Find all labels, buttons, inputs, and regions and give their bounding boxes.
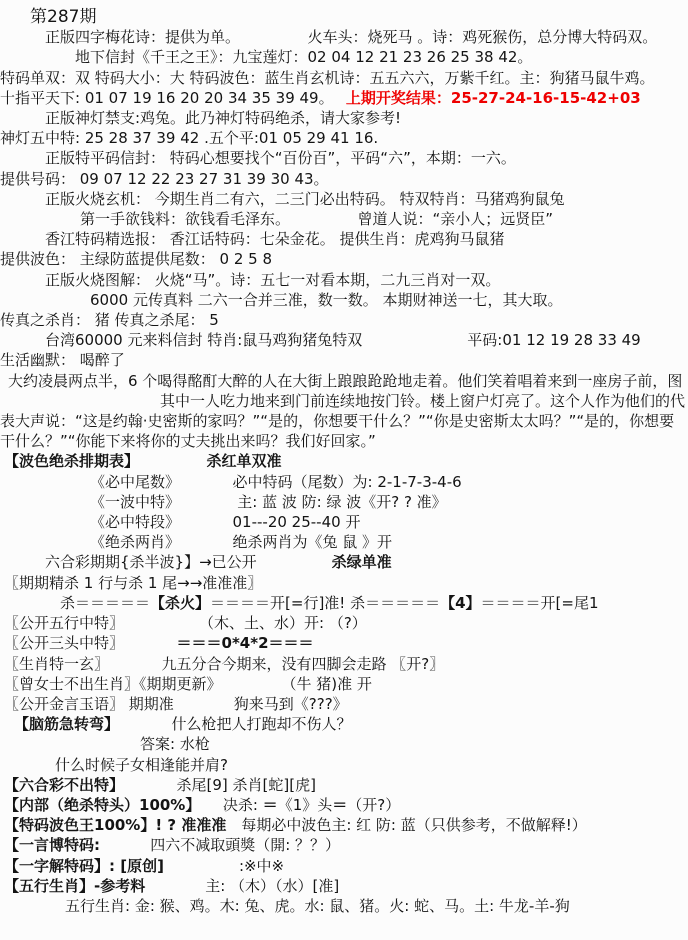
text-segment: 【脑筋急转弯】 [14, 715, 112, 733]
text-line: 十指平天下: 01 07 19 16 20 20 34 35 39 49。 上期… [0, 88, 688, 108]
text-segment: 生活幽默： 喝醉了 [0, 351, 125, 369]
text-line: 6000 元传真料 二六一合并三准，数一数。 本期财神送一七，其大取。 [0, 290, 688, 310]
text-segment: （开?） [347, 796, 400, 814]
text-segment: 【五行生肖】-参考料 [4, 877, 145, 895]
text-line: 【脑筋急转弯】 什么枪把人打跑却不伤人？ [0, 714, 688, 734]
text-segment: 〖公开五行中特〗 （木、土、水）开: （?） [4, 614, 367, 632]
text-line: 提供波色： 主绿防蓝提供尾数： 0 2 5 8 [0, 249, 688, 269]
text-line: 《必中特段》 01---20 25--40 开 [0, 512, 688, 532]
text-segment: 神灯五中特: 25 28 37 39 42 .五个平:01 05 29 41 1… [0, 129, 378, 147]
text-segment: 其中一人吃力地来到门前连续地按门铃。楼上窗户灯亮了。这个人作为他们的代 [160, 392, 685, 410]
text-line: 《必中尾数》 必中特码（尾数）为: 2-1-7-3-4-6 [0, 472, 688, 492]
text-line: 第一手欲钱料：欲钱看毛泽东。 曾道人说：“亲小人；远贤臣” [0, 209, 688, 229]
text-line: 地下信封《千王之王》：九宝莲灯：02 04 12 21 23 26 25 38 … [0, 47, 688, 67]
text-segment: 第一手欲钱料：欲钱看毛泽东。 曾道人说：“亲小人；远贤臣” [80, 210, 553, 228]
text-segment: 正版特平码信封： 特码心想要找个“百份百”，平码“六”，本期：一六。 [45, 149, 516, 167]
text-segment: 什么时候子女相逢能并肩? [55, 756, 228, 774]
text-segment [132, 452, 207, 470]
text-line: 正版四字梅花诗：提供为单。 火车头：烧死马 。诗：鸡死猴伤，总分博大特码双。 [0, 27, 688, 47]
text-line: 大约凌晨两点半，6 个喝得酩酊大醉的人在大街上踉踉跄跄地走着。他们笑着唱着来到一… [0, 371, 688, 391]
text-segment: 《必中特段》 01---20 25--40 开 [90, 513, 360, 531]
text-segment: 台湾60000 元来料信封 特肖:鼠马鸡狗猪兔特双 平码:01 12 19 28… [45, 331, 641, 349]
text-line: 《一波中特》 主: 蓝 波 防: 绿 波《开? ? 准》 [0, 492, 688, 512]
text-segment: 〖公开金言玉语〗 期期准 狗来马到《???》 [4, 695, 348, 713]
text-segment: 主: （木）（水）[准] [145, 877, 339, 895]
text-segment: 什么枪把人打跑却不伤人？ [112, 715, 352, 733]
text-segment: 〖曾女士不出生肖〗《期期更新》 （牛 猪)准 开 [4, 675, 372, 693]
text-segment: 《1》头 [278, 796, 333, 814]
text-segment: 正版神灯禁支:鸡兔。此乃神灯特码绝杀，请大家参考! [45, 109, 401, 127]
text-segment: 〖公开三头中特〗 [4, 634, 177, 652]
text-segment: 答案: 水枪 [140, 735, 210, 753]
text-segment: ＝＝＝0*4*2＝＝＝ [177, 634, 314, 652]
text-line: 台湾60000 元来料信封 特肖:鼠马鸡狗猪兔特双 平码:01 12 19 28… [0, 330, 688, 350]
text-line: 〖曾女士不出生肖〗《期期更新》 （牛 猪)准 开 [0, 674, 688, 694]
text-segment: ＝＝＝＝开[=行]准! 杀＝＝＝＝＝ [210, 594, 440, 612]
text-segment: 六合彩期期{杀半波}】→已公开 [45, 553, 332, 571]
text-line: 〖公开三头中特〗 ＝＝＝0*4*2＝＝＝ [0, 633, 688, 653]
text-line: 什么时候子女相逢能并肩? [0, 755, 688, 775]
text-line: 《绝杀两肖》 绝杀两肖为《兔 鼠 》开 [0, 532, 688, 552]
text-segment: 【特码波色王100%】! ? 准准准 [4, 816, 226, 834]
text-segment: 《绝杀两肖》 绝杀两肖为《兔 鼠 》开 [90, 533, 392, 551]
text-line: 特码单双：双 特码大小：大 特码波色：蓝生肖玄机诗：五五六六，万紫千红。主：狗猪… [0, 68, 688, 88]
text-line: 【一字解特码】: [原创] :※中※ [0, 856, 688, 876]
text-segment: 6000 元传真料 二六一合并三准，数一数。 本期财神送一七，其大取。 [90, 291, 562, 309]
text-line: 【六合彩不出特】 杀尾[9] 杀肖[蛇][虎] [0, 775, 688, 795]
text-segment: ＝＝＝＝开[=尾1 [481, 594, 599, 612]
text-segment: 【内部（绝杀特头）100%】 [4, 796, 193, 814]
text-line: 生活幽默： 喝醉了 [0, 350, 688, 370]
text-segment: 【4】 [440, 594, 480, 612]
text-line: 【一言博特码: 四六不减取頭獎（開: ？？） [0, 835, 688, 855]
sheet-lines: 第287期正版四字梅花诗：提供为单。 火车头：烧死马 。诗：鸡死猴伤，总分博大特… [0, 7, 688, 916]
text-segment: 提供号码： 09 07 12 22 23 27 31 39 30 43。 [0, 170, 329, 188]
text-segment: 【一字解特码】: [原创] [4, 857, 164, 875]
text-segment: 大约凌晨两点半，6 个喝得酩酊大醉的人在大街上踉踉跄跄地走着。他们笑着唱着来到一… [8, 372, 682, 390]
text-segment: 杀绿单准 [332, 553, 392, 571]
text-segment: 杀红单双准 [207, 452, 282, 470]
text-line: 【五行生肖】-参考料 主: （木）（水）[准] [0, 876, 688, 896]
text-line: 干什么？”“你能下来将你的丈夫挑出来吗？我们好回家。” [0, 431, 688, 451]
text-segment: 传真之杀肖： 猪 传真之杀尾： 5 [0, 311, 219, 329]
text-line: 表大声说：“这是约翰·史密斯的家吗？”“是的，你想要干什么？”“你是史密斯太太吗… [0, 411, 688, 431]
text-line: 五行生肖: 金: 猴、鸡。木: 兔、虎。水: 鼠、猪。火: 蛇、马。土: 牛龙-… [0, 896, 688, 916]
issue-number: 第287期 [0, 7, 688, 27]
text-segment: 杀尾[9] 杀肖[蛇][虎] [117, 776, 316, 794]
text-segment: 《一波中特》 主: 蓝 波 防: 绿 波《开? ? 准》 [90, 493, 447, 511]
text-segment: 地下信封《千王之王》：九宝莲灯：02 04 12 21 23 26 25 38 … [75, 48, 532, 66]
text-segment: 〖生肖特一玄〗 九五分合今期来，没有四脚会走路 〖开?〗 [4, 655, 444, 673]
text-line: 香江特码精选报： 香江话特码：七朵金花。 提供生肖：虎鸡狗马鼠猪 [0, 229, 688, 249]
text-line: 六合彩期期{杀半波}】→已公开 杀绿单准 [0, 552, 688, 572]
text-segment: 正版四字梅花诗：提供为单。 火车头：烧死马 。诗：鸡死猴伤，总分博大特码双。 [45, 28, 657, 46]
text-segment: 五行生肖: 金: 猴、鸡。木: 兔、虎。水: 鼠、猪。火: 蛇、马。土: 牛龙-… [65, 897, 570, 915]
text-segment: 每期必中波色主: 红 防: 蓝（只供参考，不做解释!） [226, 816, 586, 834]
text-segment: 【波色绝杀排期表】 [4, 452, 132, 470]
text-segment: 杀＝＝＝＝＝ [60, 594, 150, 612]
text-segment: 正版火烧图解： 火烧“马”。诗：五七一对看本期，二九三肖对一双。 [45, 271, 500, 289]
text-line: 传真之杀肖： 猪 传真之杀尾： 5 [0, 310, 688, 330]
text-segment: 四六不减取頭獎（開: ？？） [105, 836, 340, 854]
text-line: 答案: 水枪 [0, 734, 688, 754]
text-line: 〖公开金言玉语〗 期期准 狗来马到《???》 [0, 694, 688, 714]
text-segment: 香江特码精选报： 香江话特码：七朵金花。 提供生肖：虎鸡狗马鼠猪 [45, 230, 505, 248]
text-line: 其中一人吃力地来到门前连续地按门铃。楼上窗户灯亮了。这个人作为他们的代 [0, 391, 688, 411]
text-line: 〖公开五行中特〗 （木、土、水）开: （?） [0, 613, 688, 633]
text-segment: 《必中尾数》 必中特码（尾数）为: 2-1-7-3-4-6 [90, 473, 462, 491]
text-line: 正版火烧图解： 火烧“马”。诗：五七一对看本期，二九三肖对一双。 [0, 270, 688, 290]
text-segment: 【杀火】 [150, 594, 210, 612]
text-line: 神灯五中特: 25 28 37 39 42 .五个平:01 05 29 41 1… [0, 128, 688, 148]
text-line: 杀＝＝＝＝＝【杀火】＝＝＝＝开[=行]准! 杀＝＝＝＝＝【4】＝＝＝＝开[=尾1 [0, 593, 688, 613]
text-line: 正版神灯禁支:鸡兔。此乃神灯特码绝杀，请大家参考! [0, 108, 688, 128]
text-line: 正版火烧玄机： 今期生肖二有六，二三门必出特码。 特双特肖：马猪鸡狗鼠兔 [0, 189, 688, 209]
text-line: 【特码波色王100%】! ? 准准准 每期必中波色主: 红 防: 蓝（只供参考，… [0, 815, 688, 835]
text-segment: 表大声说：“这是约翰·史密斯的家吗？”“是的，你想要干什么？”“你是史密斯太太吗… [0, 412, 674, 430]
text-segment: 〖期期精杀 1 行与杀 1 尾→→准准准〗 [4, 574, 262, 592]
text-segment: 【一言博特码: [4, 836, 105, 854]
text-line: 正版特平码信封： 特码心想要找个“百份百”，平码“六”，本期：一六。 [0, 148, 688, 168]
text-line: 【内部（绝杀特头）100%】 决杀: ＝《1》头＝（开?） [0, 795, 688, 815]
text-segment: ＝ [263, 796, 278, 814]
text-segment: 干什么？”“你能下来将你的丈夫挑出来吗？我们好回家。” [0, 432, 376, 450]
lottery-tip-sheet: 第287期正版四字梅花诗：提供为单。 火车头：烧死马 。诗：鸡死猴伤，总分博大特… [0, 0, 688, 940]
text-line: 〖生肖特一玄〗 九五分合今期来，没有四脚会走路 〖开?〗 [0, 654, 688, 674]
text-segment: 决杀: [193, 796, 263, 814]
text-line: 〖期期精杀 1 行与杀 1 尾→→准准准〗 [0, 573, 688, 593]
text-segment: 第287期 [30, 7, 96, 27]
text-segment: ＝ [332, 796, 347, 814]
text-segment: 正版火烧玄机： 今期生肖二有六，二三门必出特码。 特双特肖：马猪鸡狗鼠兔 [45, 190, 565, 208]
text-segment: 特码单双：双 特码大小：大 特码波色：蓝生肖玄机诗：五五六六，万紫千红。主：狗猪… [0, 69, 655, 87]
previous-draw-result: 上期开奖结果：25-27-24-16-15-42+03 [346, 89, 641, 107]
text-segment: :※中※ [164, 857, 284, 875]
text-line: 提供号码： 09 07 12 22 23 27 31 39 30 43。 [0, 169, 688, 189]
text-line: 【波色绝杀排期表】 杀红单双准 [0, 451, 688, 471]
text-segment: 提供波色： 主绿防蓝提供尾数： 0 2 5 8 [0, 250, 272, 268]
text-segment: 十指平天下: 01 07 19 16 20 20 34 35 39 49。 [0, 89, 346, 107]
text-segment: 【六合彩不出特】 [4, 776, 117, 794]
